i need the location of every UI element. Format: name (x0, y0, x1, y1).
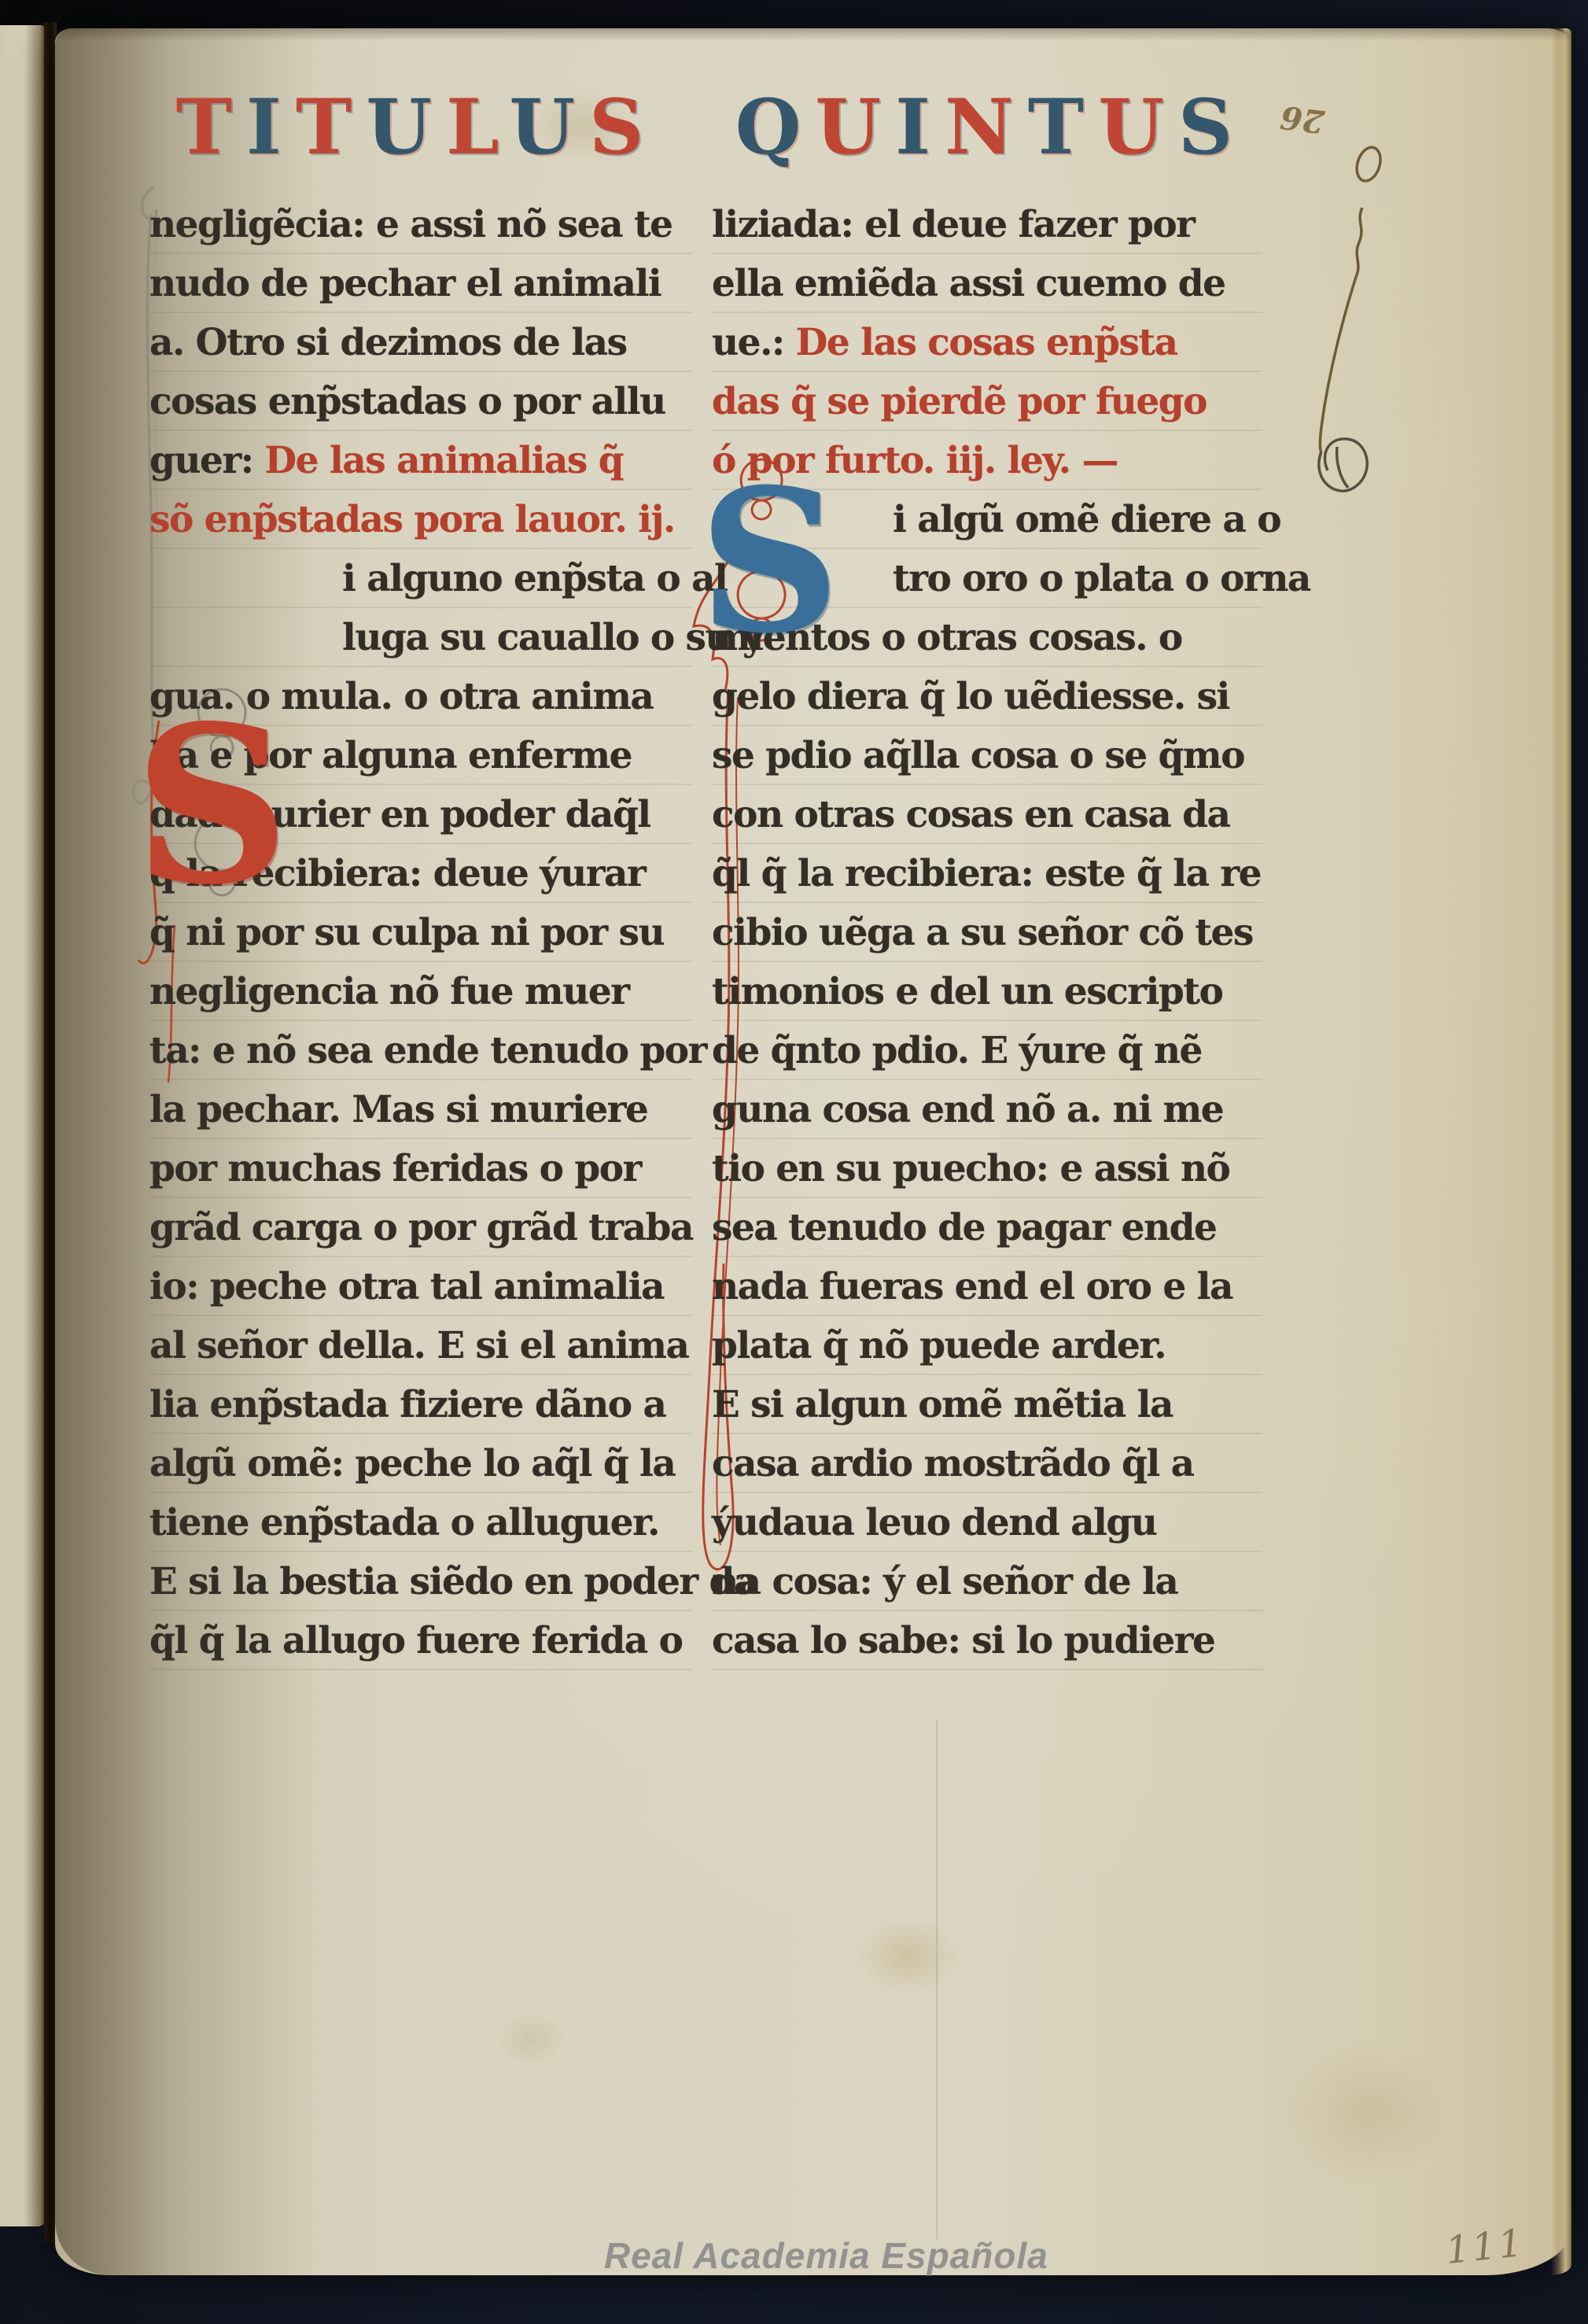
text-line: negligencia nõ fue muer (149, 962, 692, 1021)
body-text: E si algun omẽ mẽtia la (712, 1383, 1173, 1426)
parchment-stain (496, 2011, 566, 2066)
text-line: guna cosa end nõ a. ni me (712, 1080, 1262, 1139)
body-text: guer: (149, 439, 264, 482)
body-text: casa ardio mostrãdo q̃l a (712, 1442, 1194, 1485)
text-line: negligẽcia: e assi nõ sea te (149, 195, 692, 254)
text-line: lia enp̃stada fiziere dãno a (149, 1375, 692, 1434)
header-letter: I (246, 83, 296, 172)
pen-flourish (1290, 170, 1400, 500)
text-line: la pechar. Mas si muriere (149, 1080, 692, 1139)
text-line: io: peche otra tal animalia (149, 1257, 692, 1316)
body-text: por muchas feridas o por (149, 1147, 641, 1190)
text-line: timonios e del un escripto (712, 962, 1262, 1021)
body-text: nudo de pechar el animali (149, 262, 661, 305)
body-text: q̃l q̃ la allugo fuere ferida o (149, 1619, 682, 1662)
text-line: por muchas feridas o por (149, 1139, 692, 1198)
body-text: la pechar. Mas si muriere (149, 1088, 647, 1131)
body-text: guna cosa end nõ a. ni me (712, 1088, 1223, 1131)
header-letter: Q (735, 83, 816, 172)
body-text: cosas enp̃stadas o por allu (149, 380, 665, 423)
body-text: E si la bestia siẽdo en poder da (149, 1560, 757, 1603)
body-text: ýudaua leuo dend algu (712, 1501, 1156, 1544)
body-text: de q̃nto pdio. E ýure q̃ nẽ (712, 1029, 1202, 1072)
rubric-text: das q̃ se pierdẽ por fuego (712, 380, 1207, 423)
header-letter: N (945, 83, 1028, 172)
text-column-left: negligẽcia: e assi nõ sea tenudo de pech… (149, 195, 692, 1678)
facing-page-edge (0, 25, 46, 2226)
text-line: ue.: De las cosas enp̃sta (712, 313, 1262, 372)
header-letter: I (895, 83, 945, 172)
parchment-stain (857, 1916, 960, 1995)
text-line: luga su cauallo o su ye (149, 608, 692, 667)
text-line: ta: e nõ sea ende tenudo por (149, 1021, 692, 1080)
text-line: nudo de pechar el animali (149, 254, 692, 313)
body-text: tiene enp̃stada o alluguer. (149, 1501, 659, 1544)
text-line: grãd carga o por grãd traba (149, 1198, 692, 1257)
text-line: na cosa: ý el señor de la (712, 1552, 1262, 1611)
body-text: gelo diera q̃ lo uẽdiesse. si (712, 675, 1229, 718)
text-line: casa lo sabe: si lo pudiere (712, 1611, 1262, 1670)
decorated-initial-S-red: S (134, 697, 290, 913)
body-text: negligẽcia: e assi nõ sea te (149, 203, 672, 246)
text-line: plata q̃ nõ puede arder. (712, 1316, 1262, 1375)
text-line: E si algun omẽ mẽtia la (712, 1375, 1262, 1434)
header-letter: L (446, 83, 509, 172)
body-text: ella emiẽda assi cuemo de (712, 262, 1225, 305)
body-text: lia enp̃stada fiziere dãno a (149, 1383, 665, 1426)
header-letter: U (815, 83, 895, 172)
body-text: se pdio aq̃lla cosa o se q̃mo (712, 734, 1244, 777)
body-text: tro oro o plata o orna (893, 557, 1310, 600)
header-letter: T (296, 83, 366, 172)
body-text: algũ omẽ: peche lo aq̃l q̃ la (149, 1442, 675, 1485)
text-line: tio en su puecho: e assi nõ (712, 1139, 1262, 1198)
text-line: cibio uẽga a su señor cõ tes (712, 903, 1262, 962)
text-line: das q̃ se pierdẽ por fuego (712, 372, 1262, 431)
text-line: ella emiẽda assi cuemo de (712, 254, 1262, 313)
header-letter: T (1028, 83, 1098, 172)
decorated-initial-S-blue: S (698, 463, 841, 659)
page-stack-edge (1551, 28, 1571, 2275)
text-line: guer: De las animalias q̃ (149, 431, 692, 490)
body-text: ta: e nõ sea ende tenudo por (149, 1029, 706, 1072)
text-line: ýudaua leuo dend algu (712, 1493, 1262, 1552)
header-letter: U (366, 83, 446, 172)
text-line: tiene enp̃stada o alluguer. (149, 1493, 692, 1552)
rubric-text: De las cosas enp̃sta (796, 321, 1177, 364)
body-text: plata q̃ nõ puede arder. (712, 1324, 1166, 1367)
rubric-text: De las animalias q̃ (264, 439, 623, 482)
text-line: a. Otro si dezimos de las (149, 313, 692, 372)
body-text: cibio uẽga a su señor cõ tes (712, 911, 1253, 954)
text-line: i alguno enp̃sta o al (149, 549, 692, 608)
text-line: sõ enp̃stadas pora lauor. ij. (149, 490, 692, 549)
text-line: liziada: el deue fazer por (712, 195, 1262, 254)
header-letter: U (1098, 83, 1178, 172)
text-line: cosas enp̃stadas o por allu (149, 372, 692, 431)
body-text: na cosa: ý el señor de la (712, 1560, 1177, 1603)
running-title-titulus: TITULUS (142, 80, 692, 175)
marginal-mark: 26 (1278, 98, 1326, 140)
body-text: ue.: (712, 321, 796, 364)
header-letter: S (1178, 83, 1247, 172)
manuscript-page: TITULUS QUINTUS negligẽcia: e assi nõ se… (55, 28, 1571, 2275)
body-text: tio en su puecho: e assi nõ (712, 1147, 1229, 1190)
header-letter: U (509, 83, 589, 172)
body-text: casa lo sabe: si lo pudiere (712, 1619, 1214, 1662)
text-line: casa ardio mostrãdo q̃l a (712, 1434, 1262, 1493)
text-line: sea tenudo de pagar ende (712, 1198, 1262, 1257)
body-text: liziada: el deue fazer por (712, 203, 1194, 246)
parchment-stain (1282, 2042, 1455, 2184)
body-text: q̃l q̃ la recibiera: este q̃ la re (712, 852, 1261, 895)
text-line: q̃l q̃ la recibiera: este q̃ la re (712, 844, 1262, 903)
running-title-quintus: QUINTUS (708, 80, 1274, 175)
body-text: a. Otro si dezimos de las (149, 321, 627, 364)
text-line: de q̃nto pdio. E ýure q̃ nẽ (712, 1021, 1262, 1080)
body-text: i alguno enp̃sta o al (342, 557, 727, 600)
body-text: sea tenudo de pagar ende (712, 1206, 1216, 1249)
body-text: io: peche otra tal animalia (149, 1265, 664, 1308)
body-text: timonios e del un escripto (712, 970, 1222, 1013)
body-text: i algũ omẽ diere a o (893, 498, 1280, 541)
folio-number: 111 (1443, 2221, 1527, 2273)
body-text: al señor della. E si el anima (149, 1324, 688, 1367)
text-line: E si la bestia siẽdo en poder da (149, 1552, 692, 1611)
body-text: negligencia nõ fue muer (149, 970, 628, 1013)
rubric-text: sõ enp̃stadas pora lauor. ij. (149, 498, 675, 541)
archive-watermark: Real Academia Española (604, 2234, 1048, 2277)
text-line: con otras cosas en casa da (712, 785, 1262, 844)
text-line: nada fueras end el oro e la (712, 1257, 1262, 1316)
body-text: con otras cosas en casa da (712, 793, 1229, 836)
header-letter: S (589, 83, 658, 172)
body-text: grãd carga o por grãd traba (149, 1206, 693, 1249)
body-text: nada fueras end el oro e la (712, 1265, 1232, 1308)
manuscript-photo: { "manuscript": { "header_left": { "word… (0, 0, 1588, 2324)
text-line: q̃l q̃ la allugo fuere ferida o (149, 1611, 692, 1670)
text-line: al señor della. E si el anima (149, 1316, 692, 1375)
header-letter: T (176, 83, 246, 172)
text-line: se pdio aq̃lla cosa o se q̃mo (712, 726, 1262, 785)
text-line: algũ omẽ: peche lo aq̃l q̃ la (149, 1434, 692, 1493)
page-top-shade (55, 28, 1571, 41)
text-column-right: liziada: el deue fazer porella emiẽda as… (712, 195, 1262, 1678)
